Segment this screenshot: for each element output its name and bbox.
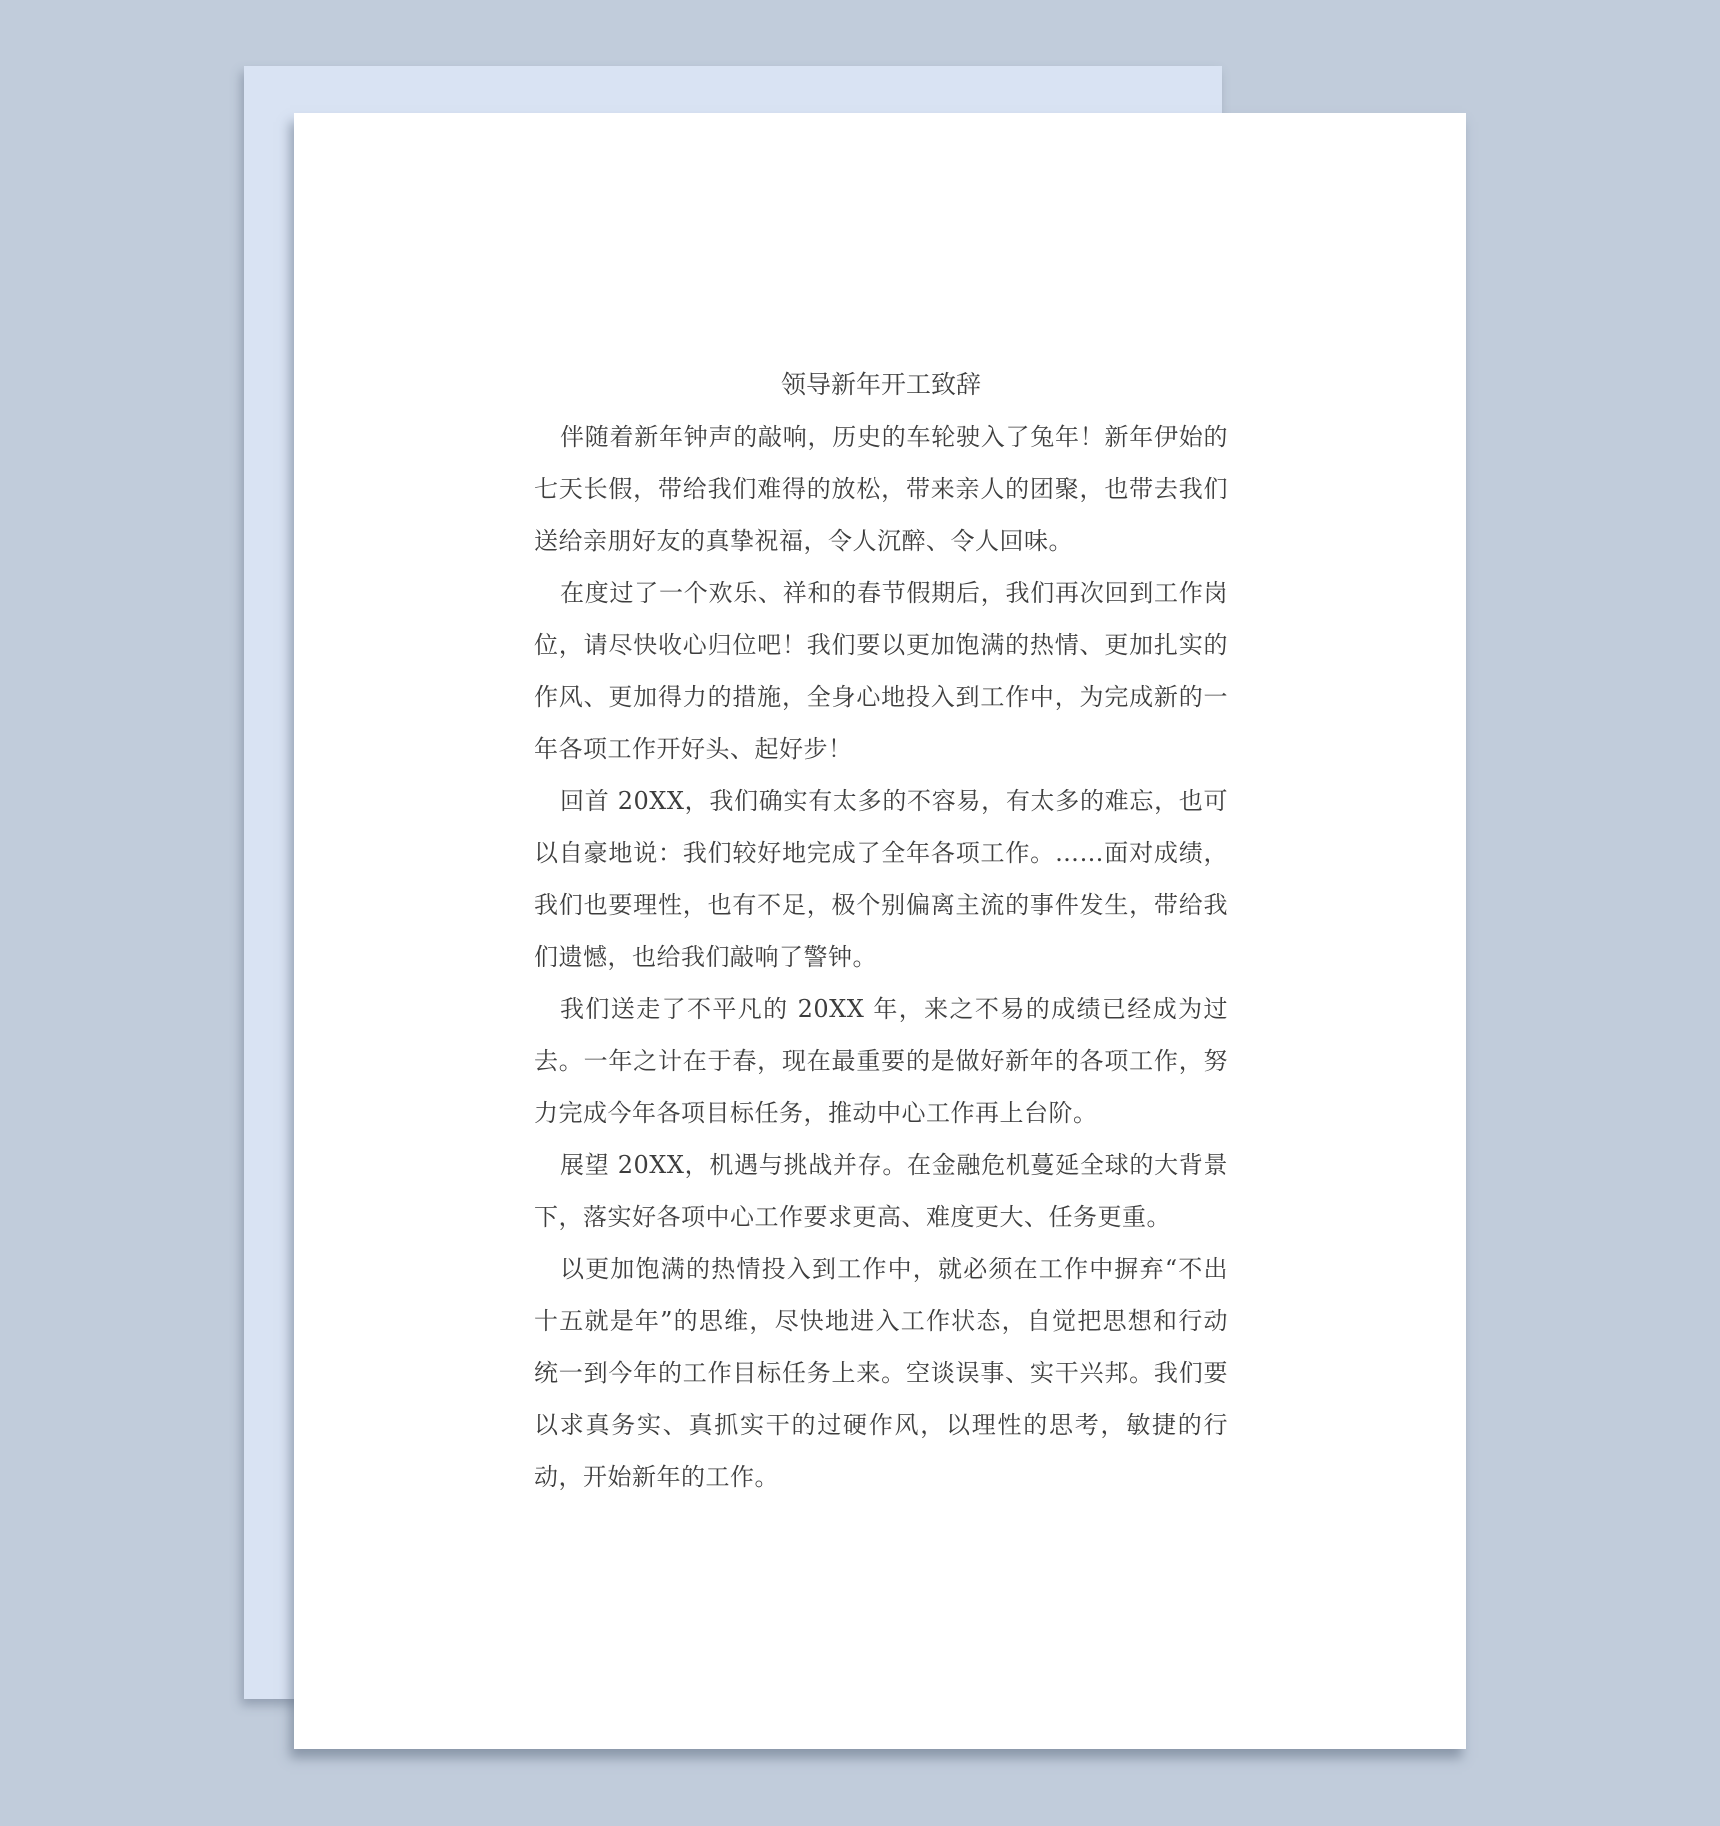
document-page: 领导新年开工致辞 伴随着新年钟声的敲响，历史的车轮驶入了兔年！新年伊始的七天长假…	[294, 113, 1466, 1749]
desk-background: 领导新年开工致辞 伴随着新年钟声的敲响，历史的车轮驶入了兔年！新年伊始的七天长假…	[0, 0, 1720, 1826]
document-paragraph: 展望 20XX，机遇与挑战并存。在金融危机蔓延全球的大背景下，落实好各项中心工作…	[534, 1139, 1228, 1243]
document-paragraph: 在度过了一个欢乐、祥和的春节假期后，我们再次回到工作岗位，请尽快收心归位吧！我们…	[534, 567, 1228, 775]
document-paragraph: 我们送走了不平凡的 20XX 年，来之不易的成绩已经成为过去。一年之计在于春，现…	[534, 983, 1228, 1139]
document-paragraph: 伴随着新年钟声的敲响，历史的车轮驶入了兔年！新年伊始的七天长假，带给我们难得的放…	[534, 411, 1228, 567]
document-paragraph: 回首 20XX，我们确实有太多的不容易，有太多的难忘，也可以自豪地说：我们较好地…	[534, 775, 1228, 983]
document-paragraph: 以更加饱满的热情投入到工作中，就必须在工作中摒弃“不出十五就是年”的思维，尽快地…	[534, 1243, 1228, 1503]
document-body: 伴随着新年钟声的敲响，历史的车轮驶入了兔年！新年伊始的七天长假，带给我们难得的放…	[534, 411, 1228, 1503]
document-title: 领导新年开工致辞	[534, 359, 1228, 411]
